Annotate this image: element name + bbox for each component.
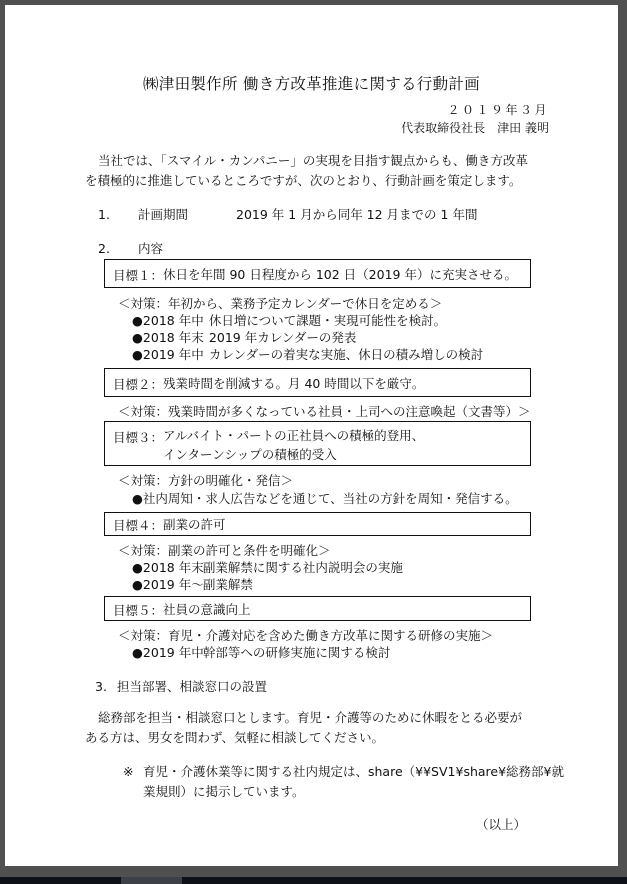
goal-bullet: ●2019 年中幹部等への研修実施に関する検討 [132,643,390,661]
section-label: 担当部署、相談窓口の設置 [117,679,267,694]
bullet-icon: ● [132,330,143,345]
goal-measure: ＜対策：育児・介護対応を含めた働き方改革に関する研修の実施＞ [118,626,493,644]
goal-bullet: ●2018 年末副業解禁に関する社内説明会の実施 [132,558,403,576]
document-page: ㈱津田製作所 働き方改革推進に関する行動計画 ２０１９年３月 代表取締役社長 津… [5,5,618,866]
goal-box-1: 目標１： 休日を年間 90 日程度から 102 日（2019 年）に充実させる。 [104,259,531,288]
bullet-what: カレンダーの着実な実施、休日の積み増しの検討 [209,345,483,363]
intro-line: 当社では、「スマイル・カンパニー」の実現を目指す観点からも、働き方改革 [85,151,528,171]
goal-bullet: ●2019 年中カレンダーの着実な実施、休日の積み増しの検討 [132,345,483,363]
goal-label: 目標２： [113,375,163,393]
contact-paragraph: 総務部を担当・相談窓口とします。育児・介護等のために休暇をとる必要が ある方は、… [85,708,522,748]
bullet-when: 2018 年中 [143,311,209,329]
bullet-icon: ● [132,491,143,506]
document-date: ２０１９年３月 [447,101,549,118]
goal-text-line: アルバイト・パートの正社員への積極的登用、 [163,426,424,445]
document-viewer: ㈱津田製作所 働き方改革推進に関する行動計画 ２０１９年３月 代表取締役社長 津… [0,0,627,884]
goal-bullet: ●2018 年中休日増について課題・実現可能性を検討。 [132,311,446,329]
closing-mark: （以上） [476,815,526,833]
goal-text-line: インターンシップの積極的受入 [163,445,424,464]
bullet-what: 幹部等への研修実施に関する検討 [203,643,391,661]
goal-measure: ＜対策：残業時間が多くなっている社員・上司への注意喚起（文書等）＞ [118,402,531,420]
reference-mark-icon: ※ [123,762,143,782]
scrollbar-thumb[interactable] [121,877,182,884]
goal-box-4: 目標４： 副業の許可 [104,512,531,536]
intro-line: を積極的に推進しているところですが、次のとおり、行動計画を策定します。 [85,171,528,191]
bullet-icon: ● [132,645,143,660]
regulation-note: ※育児・介護休業等に関する社内規定は、share（¥¥SV1¥share¥総務部… [123,762,564,802]
section-contact-heading: 3.担当部署、相談窓口の設置 [95,677,267,695]
goal-box-3: 目標３： アルバイト・パートの正社員への積極的登用、 インターンシップの積極的受… [104,421,531,466]
bullet-icon: ● [132,347,143,362]
bullet-icon: ● [132,577,143,592]
bullet-what: 休日増について課題・実現可能性を検討。 [209,311,446,329]
bullet-what: 副業解禁に関する社内説明会の実施 [203,558,403,576]
bullet-icon: ● [132,560,143,575]
goal-label: 目標５： [113,601,163,619]
bullet-when: 2018 年末 [143,328,209,346]
goal-label: 目標１： [113,266,163,284]
section-contents-heading: 2.内容 [98,239,163,257]
contact-line: 総務部を担当・相談窓口とします。育児・介護等のために休暇をとる必要が [85,708,522,728]
goal-text: アルバイト・パートの正社員への積極的登用、 インターンシップの積極的受入 [163,426,424,464]
bullet-when: 2019 年～ [143,575,203,593]
section-number: 2. [98,241,138,256]
goal-label: 目標３： [113,428,163,446]
horizontal-scrollbar[interactable] [0,877,627,884]
bullet-what: 2019 年カレンダーの発表 [209,328,356,346]
note-line: 業規則）に掲示しています。 [123,782,564,802]
section-label: 計画期間 [138,207,188,222]
bullet-what: 副業解禁 [203,575,253,593]
section-label: 内容 [138,241,163,256]
document-signer: 代表取締役社長 津田 義明 [401,119,549,136]
goal-label: 目標４： [113,516,163,534]
intro-paragraph: 当社では、「スマイル・カンパニー」の実現を目指す観点からも、働き方改革 を積極的… [85,151,528,191]
goal-text: 休日を年間 90 日程度から 102 日（2019 年）に充実させる。 [163,265,517,284]
goal-bullet: ●2018 年末2019 年カレンダーの発表 [132,328,356,346]
goal-bullet: ●社内周知・求人広告などを通じて、当社の方針を周知・発信する。 [132,489,518,507]
bullet-when: 2019 年中 [143,643,203,661]
goal-text: 副業の許可 [163,515,226,534]
bullet-what: 社内周知・求人広告などを通じて、当社の方針を周知・発信する。 [143,489,518,507]
document-title: ㈱津田製作所 働き方改革推進に関する行動計画 [5,72,618,94]
goal-text: 残業時間を削減する。月 40 時間以下を厳守。 [163,374,424,393]
section-plan-period: 1.計画期間2019 年 1 月から同年 12 月までの 1 年間 [98,205,477,223]
goal-text: 社員の意識向上 [163,600,251,619]
contact-line: ある方は、男女を問わず、気軽に相談してください。 [85,728,522,748]
section-number: 3. [95,679,117,694]
goal-measure: ＜対策：副業の許可と条件を明確化＞ [118,541,331,559]
goal-measure: ＜対策：方針の明確化・発信＞ [118,471,293,489]
goal-box-5: 目標５： 社員の意識向上 [104,596,531,621]
section-value: 2019 年 1 月から同年 12 月までの 1 年間 [236,207,477,222]
goal-box-2: 目標２： 残業時間を削減する。月 40 時間以下を厳守。 [104,368,531,397]
goal-measure: ＜対策：年初から、業務予定カレンダーで休日を定める＞ [118,294,442,312]
note-line: 育児・介護休業等に関する社内規定は、share（¥¥SV1¥share¥総務部¥… [143,764,564,779]
bullet-icon: ● [132,313,143,328]
bullet-when: 2018 年末 [143,558,203,576]
bullet-when: 2019 年中 [143,345,209,363]
goal-bullet: ●2019 年～副業解禁 [132,575,253,593]
section-number: 1. [98,207,138,222]
